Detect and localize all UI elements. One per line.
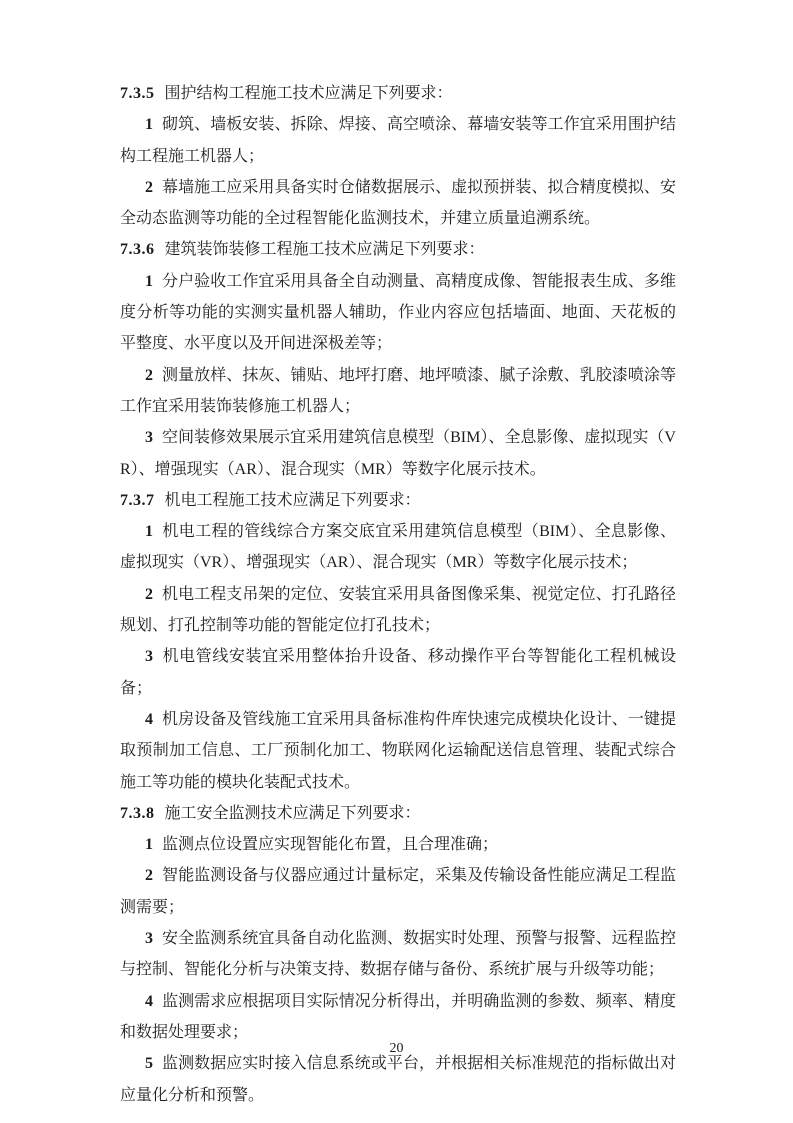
page-number: 20 [0, 1040, 793, 1058]
clause-text: 测量放样、抹灰、铺贴、地坪打磨、地坪喷漆、腻子涂敷、乳胶漆喷涂等工作宜采用装饰装… [120, 367, 676, 415]
clause-text: 监测数据应实时接入信息系统或平台，并根据相关标准规范的指标做出对应量化分析和预警… [120, 1055, 676, 1103]
document-page: 7.3.5围护结构工程施工技术应满足下列要求： 1砌筑、墙板安装、拆除、焊接、高… [0, 0, 793, 1123]
clause-number: 2 [145, 367, 153, 384]
section-title: 机电工程施工技术应满足下列要求： [165, 492, 421, 509]
clause-paragraph: 2测量放样、抹灰、铺贴、地坪打磨、地坪喷漆、腻子涂敷、乳胶漆喷涂等工作宜采用装饰… [120, 360, 676, 423]
clause-paragraph: 3安全监测系统宜具备自动化监测、数据实时处理、预警与报警、远程监控与控制、智能化… [120, 923, 676, 986]
section: 7.3.6建筑装饰装修工程施工技术应满足下列要求： 1分户验收工作宜采用具备全自… [120, 234, 676, 484]
clause-number: 2 [145, 179, 153, 196]
clause-paragraph: 2幕墙施工应采用具备实时仓储数据展示、虚拟预拼装、拟合精度模拟、安全动态监测等功… [120, 172, 676, 235]
clause-text: 智能监测设备与仪器应通过计量标定，采集及传输设备性能应满足工程监测需要； [120, 867, 676, 915]
clause-number: 4 [145, 993, 153, 1010]
clause-text: 机电工程支吊架的定位、安装宜采用具备图像采集、视觉定位、打孔路径规划、打孔控制等… [120, 586, 676, 634]
clause-paragraph: 2智能监测设备与仪器应通过计量标定，采集及传输设备性能应满足工程监测需要； [120, 860, 676, 923]
clause-paragraph: 3机电管线安装宜采用整体抬升设备、移动操作平台等智能化工程机械设备； [120, 641, 676, 704]
clause-paragraph: 3空间装修效果展示宜采用建筑信息模型（BIM）、全息影像、虚拟现实（VR）、增强… [120, 422, 676, 485]
clause-text: 机电管线安装宜采用整体抬升设备、移动操作平台等智能化工程机械设备； [120, 648, 676, 696]
clause-number: 2 [145, 586, 153, 603]
document-content: 7.3.5围护结构工程施工技术应满足下列要求： 1砌筑、墙板安装、拆除、焊接、高… [120, 78, 676, 1111]
clause-number: 3 [145, 429, 153, 446]
section-title: 施工安全监测技术应满足下列要求： [165, 805, 421, 822]
clause-number: 3 [145, 930, 153, 947]
section-number: 7.3.7 [120, 492, 155, 509]
section-heading: 7.3.8施工安全监测技术应满足下列要求： [120, 798, 676, 829]
section: 7.3.5围护结构工程施工技术应满足下列要求： 1砌筑、墙板安装、拆除、焊接、高… [120, 78, 676, 234]
clause-number: 1 [145, 116, 153, 133]
clause-text: 空间装修效果展示宜采用建筑信息模型（BIM）、全息影像、虚拟现实（VR）、增强现… [120, 429, 676, 477]
clause-text: 机房设备及管线施工宜采用具备标准构件库快速完成模块化设计、一键提取预制加工信息、… [120, 711, 676, 791]
clause-text: 砌筑、墙板安装、拆除、焊接、高空喷涂、幕墙安装等工作宜采用围护结构工程施工机器人… [120, 116, 676, 164]
clause-text: 监测需求应根据项目实际情况分析得出，并明确监测的参数、频率、精度和数据处理要求； [120, 993, 676, 1041]
clause-text: 机电工程的管线综合方案交底宜采用建筑信息模型（BIM）、全息影像、虚拟现实（VR… [120, 523, 676, 571]
section-heading: 7.3.7机电工程施工技术应满足下列要求： [120, 485, 676, 516]
clause-paragraph: 1分户验收工作宜采用具备全自动测量、高精度成像、智能报表生成、多维度分析等功能的… [120, 266, 676, 360]
clause-paragraph: 1机电工程的管线综合方案交底宜采用建筑信息模型（BIM）、全息影像、虚拟现实（V… [120, 516, 676, 579]
clause-text: 分户验收工作宜采用具备全自动测量、高精度成像、智能报表生成、多维度分析等功能的实… [120, 273, 676, 353]
section: 7.3.8施工安全监测技术应满足下列要求： 1监测点位设置应实现智能化布置，且合… [120, 798, 676, 1111]
clause-number: 3 [145, 648, 153, 665]
clause-text: 监测点位设置应实现智能化布置，且合理准确； [162, 836, 498, 853]
section: 7.3.7机电工程施工技术应满足下列要求： 1机电工程的管线综合方案交底宜采用建… [120, 485, 676, 798]
section-number: 7.3.6 [120, 241, 155, 258]
clause-paragraph: 2机电工程支吊架的定位、安装宜采用具备图像采集、视觉定位、打孔路径规划、打孔控制… [120, 579, 676, 642]
clause-text: 安全监测系统宜具备自动化监测、数据实时处理、预警与报警、远程监控与控制、智能化分… [120, 930, 676, 978]
section-number: 7.3.8 [120, 805, 155, 822]
clause-paragraph: 1砌筑、墙板安装、拆除、焊接、高空喷涂、幕墙安装等工作宜采用围护结构工程施工机器… [120, 109, 676, 172]
clause-text: 幕墙施工应采用具备实时仓储数据展示、虚拟预拼装、拟合精度模拟、安全动态监测等功能… [120, 179, 676, 227]
clause-paragraph: 4监测需求应根据项目实际情况分析得出，并明确监测的参数、频率、精度和数据处理要求… [120, 986, 676, 1049]
clause-paragraph: 4机房设备及管线施工宜采用具备标准构件库快速完成模块化设计、一键提取预制加工信息… [120, 704, 676, 798]
clause-number: 1 [145, 273, 153, 290]
clause-number: 2 [145, 867, 153, 884]
clause-number: 4 [145, 711, 153, 728]
section-title: 围护结构工程施工技术应满足下列要求： [165, 85, 453, 102]
section-heading: 7.3.6建筑装饰装修工程施工技术应满足下列要求： [120, 234, 676, 265]
section-heading: 7.3.5围护结构工程施工技术应满足下列要求： [120, 78, 676, 109]
section-title: 建筑装饰装修工程施工技术应满足下列要求： [165, 241, 485, 258]
section-number: 7.3.5 [120, 85, 155, 102]
clause-number: 1 [145, 836, 153, 853]
clause-number: 1 [145, 523, 153, 540]
clause-paragraph: 1监测点位设置应实现智能化布置，且合理准确； [120, 829, 676, 860]
